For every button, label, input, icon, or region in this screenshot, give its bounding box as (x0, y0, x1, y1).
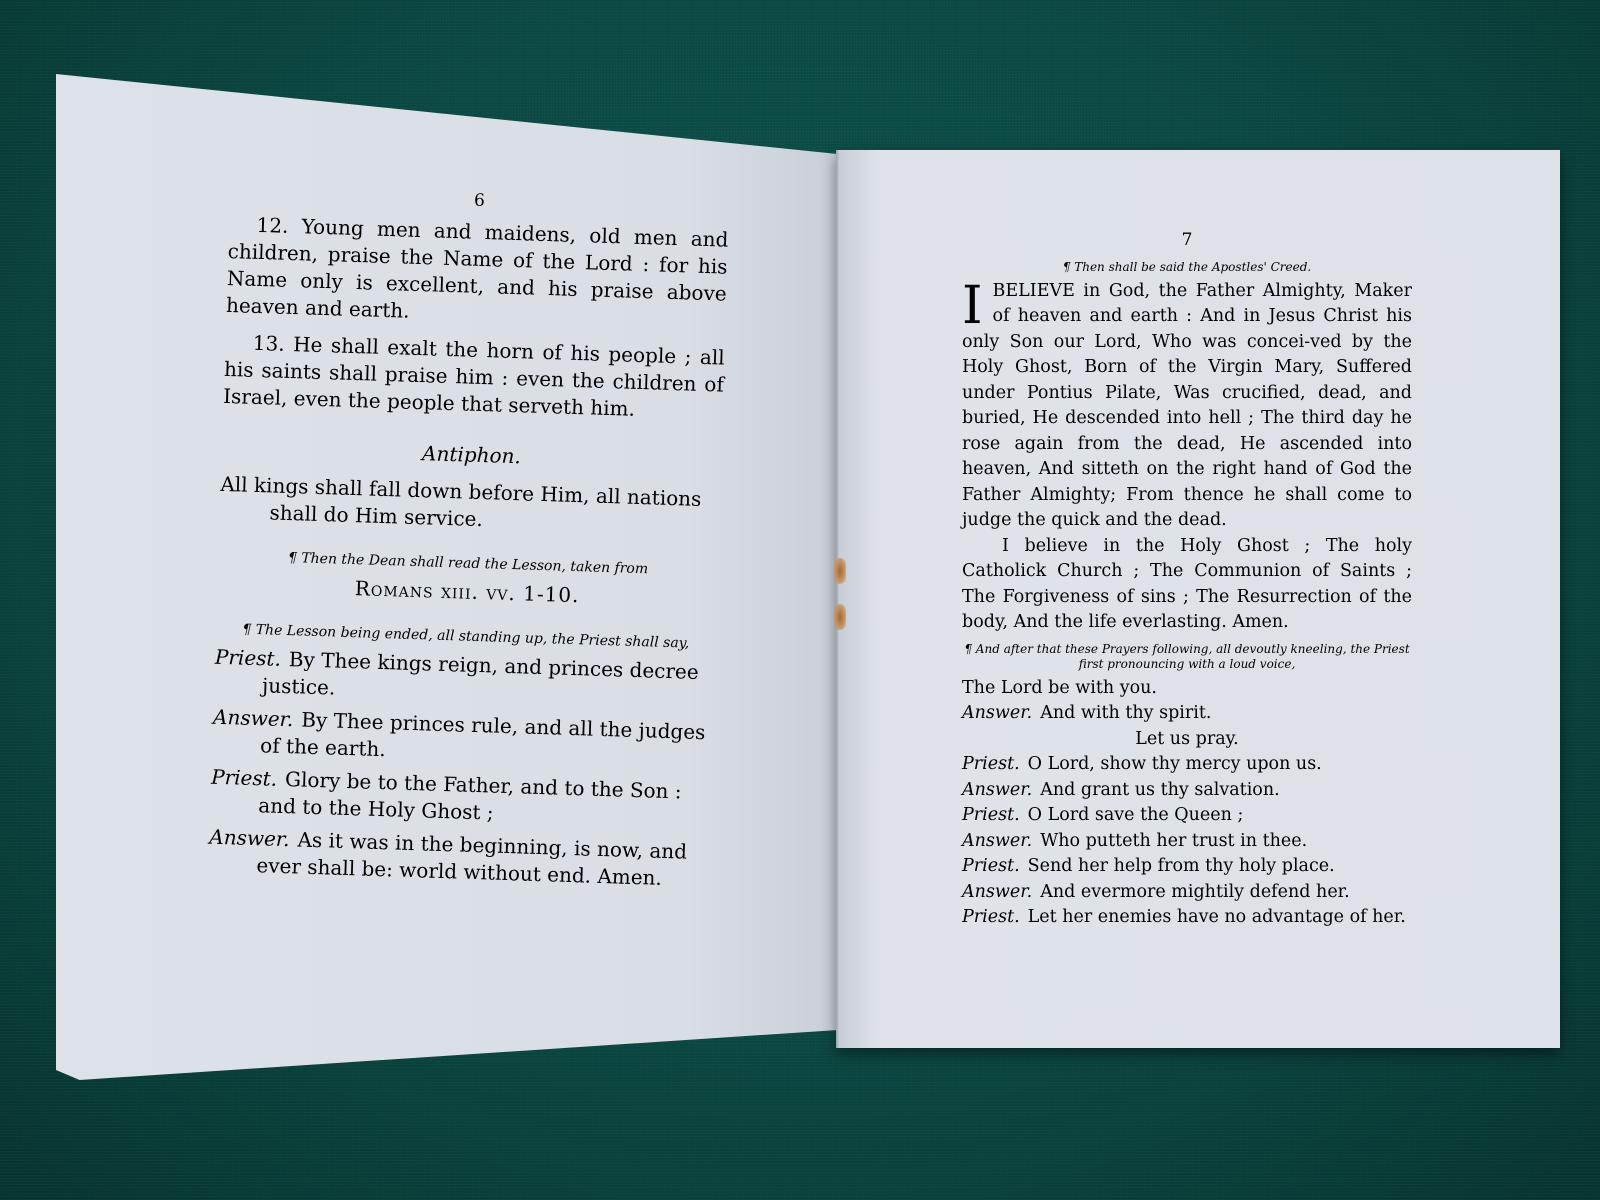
verse-text: Young men and maidens, old men and child… (226, 214, 729, 322)
apostles-creed: IBELIEVE in God, the Father Almighty, Ma… (962, 279, 1412, 534)
verse-text: He shall exalt the horn of his people ; … (223, 332, 725, 421)
response-line: Priest.By Thee kings reign, and princes … (214, 644, 715, 714)
page-number: 7 (962, 228, 1412, 254)
speaker-label: Priest. (962, 856, 1020, 876)
speaker-label: Answer. (209, 825, 290, 852)
drop-cap: I (962, 283, 983, 329)
suffrage-text: Let her enemies have no advantage of her… (1028, 907, 1406, 927)
rubric-creed: ¶ Then shall be said the Apostles' Creed… (962, 260, 1412, 275)
rubric-prayers: ¶ And after that these Prayers following… (962, 642, 1412, 672)
suffrage-line: Answer.Who putteth her trust in thee. (962, 829, 1412, 855)
verse-13: 13. He shall exalt the horn of his peopl… (223, 329, 725, 426)
response-line: Priest.Glory be to the Father, and to th… (210, 764, 711, 834)
speaker-label: Priest. (215, 645, 282, 671)
speaker-label: Answer. (962, 831, 1032, 851)
opening-response: Answer.And with thy spirit. (962, 701, 1412, 727)
suffrage-line: Answer.And evermore mightily defend her. (962, 880, 1412, 906)
opening-versicle: The Lord be with you. (962, 676, 1412, 702)
verse-number: 13. (253, 331, 286, 356)
let-us-pray: Let us pray. (962, 727, 1412, 753)
suffrage-text: And evermore mightily defend her. (1040, 882, 1349, 902)
suffrage-line: Priest.O Lord, show thy mercy upon us. (962, 752, 1412, 778)
suffrage-line: Answer.And grant us thy salvation. (962, 778, 1412, 804)
suffrage-line: Priest.Let her enemies have no advantage… (962, 905, 1412, 931)
suffrage-text: Send her help from thy holy place. (1028, 856, 1335, 876)
response-text: By Thee kings reign, and princes decree … (262, 647, 699, 699)
left-page-text: 6 12. Young men and maidens, old men and… (208, 180, 730, 899)
response-text: Glory be to the Father, and to the Son :… (258, 767, 682, 825)
suffrage-text: O Lord save the Queen ; (1028, 805, 1244, 825)
suffrage-text: And grant us thy salvation. (1040, 780, 1279, 800)
apostles-creed-part-2: I believe in the Holy Ghost ; The holy C… (962, 534, 1412, 636)
speaker-label: Priest. (211, 765, 278, 791)
suffrage-line: Priest.Send her help from thy holy place… (962, 854, 1412, 880)
verse-number: 12. (256, 213, 289, 238)
speaker-label: Answer. (962, 780, 1032, 800)
rusty-staple-top (834, 558, 846, 584)
booklet-spine (836, 150, 840, 1048)
antiphon-text: All kings shall fall down before Him, al… (219, 471, 720, 541)
suffrage-text: O Lord, show thy mercy upon us. (1028, 754, 1322, 774)
response-text: By Thee princes rule, and all the judges… (260, 708, 706, 762)
response-text: As it was in the beginning, is now, and … (256, 827, 687, 889)
response-line: Answer.As it was in the beginning, is no… (208, 824, 709, 894)
speaker-label: Priest. (962, 907, 1020, 927)
antiphon-heading: Antiphon. (221, 434, 722, 477)
creed-text: BELIEVE in God, the Father Almighty, Mak… (962, 281, 1412, 531)
speaker-label: Answer. (962, 882, 1032, 902)
suffrage-line: Priest.O Lord save the Queen ; (962, 803, 1412, 829)
verse-12: 12. Young men and maidens, old men and c… (226, 211, 729, 335)
response-text: And with thy spirit. (1040, 703, 1211, 723)
speaker-label: Priest. (962, 805, 1020, 825)
suffrage-text: Who putteth her trust in thee. (1040, 831, 1307, 851)
right-page-text: 7 ¶ Then shall be said the Apostles' Cre… (962, 228, 1412, 931)
rusty-staple-bottom (834, 604, 846, 630)
response-line: Answer.By Thee princes rule, and all the… (212, 704, 713, 774)
speaker-label: Priest. (962, 754, 1020, 774)
speaker-label: Answer. (962, 703, 1032, 723)
speaker-label: Answer. (213, 705, 294, 732)
